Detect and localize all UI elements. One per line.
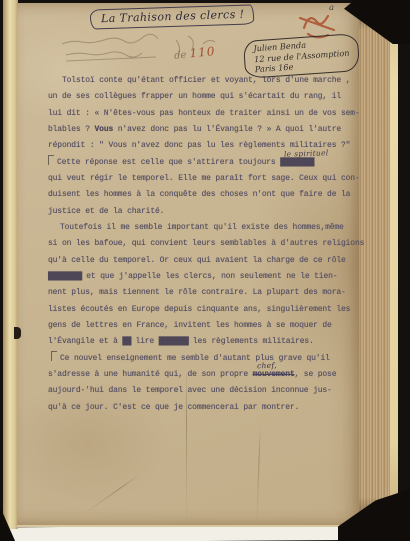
typed-line: lui dit : « N'êtes-vous pas honteux de t… [48,106,360,122]
typed-text: Cette réponse est celle que s'attirera t… [57,158,280,167]
address-note: Julien Benda 12 rue de l'Assomption Pari… [243,33,360,78]
typed-text: et que j'appelle les clercs, non seuleme… [82,272,338,281]
typed-text: qu'à celle du temporel. Or ceux qui avai… [48,256,346,265]
book-fore-edge [359,4,390,523]
paragraph-pencil-bracket [51,351,57,361]
typed-line: duisent les hommes à la conquête des cho… [48,187,360,203]
handwritten-correction: chef, [256,361,276,371]
typed-line: si on les bafoue, qui convient leurs sem… [48,236,360,252]
spine-notch [14,327,21,339]
typed-lines: Tolstoï conte qu'étant officier et voyan… [48,73,360,416]
typed-text: Ce nouvel enseignement me semble d'autan… [60,354,330,363]
typed-line: aujourd-'hui dans le temporel avec une d… [48,383,360,399]
typed-text: justice et de la charité. [48,207,164,216]
typed-text: nent plus, mais tiennent le rôle contrai… [48,288,346,297]
typed-text: aujourd-'hui dans le temporel avec une d… [48,386,332,395]
typed-text: blables ? [48,125,95,134]
typed-text: lire [131,337,159,346]
struck-word: mouvementchef, [253,370,295,379]
typed-line: blables ? Vous n'avez donc pas lu l'Évan… [48,122,360,138]
manuscript-photo: La Trahison des clercs ! de 110 a Julien… [0,0,410,541]
typed-text: n'avez donc pas lu l'Évangile ? » A quoi… [113,125,341,134]
typed-line: ████████ et que j'appelle les clercs, no… [48,269,360,285]
typed-text: Tolstoï conte qu'étant officier et voyan… [62,76,350,85]
struck-word: ████████le spirituel [280,158,314,167]
typed-line: nent plus, mais tiennent le rôle contrai… [48,285,360,301]
typed-text: qui veut régir le temporel. Elle me para… [48,174,360,183]
typed-text: lui dit : « N'êtes-vous pas honteux de t… [48,109,360,118]
typed-line: Ce nouvel enseignement me semble d'autan… [48,351,360,367]
typed-text: gens de lettres en France, invitent les … [48,321,332,330]
endpaper-edge [390,7,398,519]
typed-text: , se pose [295,370,337,379]
typed-line: listes écoutés en Europe depuis cinquant… [48,302,360,318]
typed-line: l'Évangile et à ██ lire ███████ les règl… [48,334,360,350]
typed-line: qui veut régir le temporel. Elle me para… [48,171,360,187]
typed-line: qu'à ce jour. C'est ce que je commencera… [48,400,360,416]
struck-word: ██ [122,337,130,346]
typed-line: Tolstoï conte qu'étant officier et voyan… [48,73,360,89]
typed-line: Toutefois il me semble important qu'il e… [48,220,360,236]
typed-line: qu'à celle du temporel. Or ceux qui avai… [48,253,360,269]
typed-text: Toutefois il me semble important qu'il e… [60,223,344,232]
typed-text: si on les bafoue, qui convient leurs sem… [48,239,364,248]
typed-text: Vous [95,125,114,134]
typed-line: s'adresse à une humanité qui, de son pro… [48,367,360,383]
typed-text: listes écoutés en Europe depuis cinquant… [48,305,350,314]
typed-text: l'Évangile et à [48,337,122,346]
struck-word: ████████ [48,272,82,281]
margin-note-number: 110 [189,44,216,60]
handwritten-correction: le spirituel [284,148,329,159]
typed-line: Cette réponse est celle que s'attirera t… [48,155,360,171]
page-letter: a [329,3,334,13]
margin-note-prefix: de [174,50,187,62]
paragraph-pencil-bracket [48,155,54,165]
typed-line: justice et de la charité. [48,204,360,220]
typed-text: un de ses collègues frapper un homme qui… [48,92,341,101]
typed-text: duisent les hommes à la conquête des cho… [48,190,350,199]
typed-text: les règlements militaires. [188,337,314,346]
struck-word: ███████ [159,337,188,346]
book-spine-edge [3,0,18,529]
typed-text: s'adresse à une humanité qui, de son pro… [48,370,253,379]
typed-line: gens de lettres en France, invitent les … [48,318,360,334]
typed-line: un de ses collègues frapper un homme qui… [48,89,360,105]
typed-text: qu'à ce jour. C'est ce que je commencera… [48,403,299,412]
